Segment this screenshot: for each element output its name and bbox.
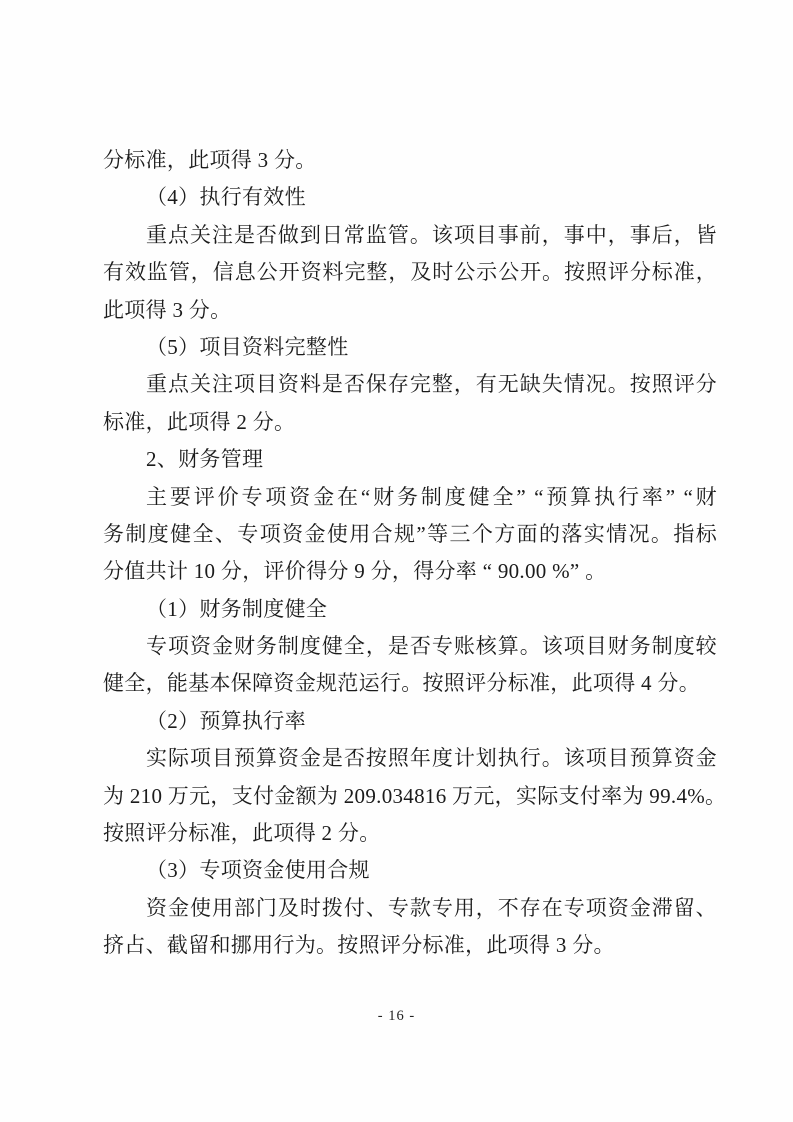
- text-line-1: 分标准，此项得 3 分。: [103, 142, 717, 179]
- text-line-7: 重点关注项目资料是否保存完整，有无缺失情况。按照评分: [103, 366, 717, 403]
- text-line-13: （1）财务制度健全: [103, 591, 717, 628]
- text-line-4: 有效监管，信息公开资料完整，及时公示公开。按照评分标准，: [103, 254, 717, 291]
- text-block: 分标准，此项得 3 分。（4）执行有效性重点关注是否做到日常监管。该项目事前，事…: [103, 142, 717, 965]
- text-line-18: 为 210 万元，支付金额为 209.034816 万元，实际支付率为 99.4…: [103, 778, 717, 815]
- text-line-16: （2）预算执行率: [103, 703, 717, 740]
- text-line-20: （3）专项资金使用合规: [103, 852, 717, 889]
- text-line-9: 2、财务管理: [103, 441, 717, 478]
- text-line-2: （4）执行有效性: [103, 179, 717, 216]
- text-line-19: 按照评分标准，此项得 2 分。: [103, 815, 717, 852]
- text-line-17: 实际项目预算资金是否按照年度计划执行。该项目预算资金: [103, 740, 717, 777]
- text-line-14: 专项资金财务制度健全，是否专账核算。该项目财务制度较: [103, 628, 717, 665]
- text-line-8: 标准，此项得 2 分。: [103, 404, 717, 441]
- text-line-10: 主要评价专项资金在“财务制度健全” “预算执行率” “财: [103, 479, 717, 516]
- text-line-15: 健全，能基本保障资金规范运行。按照评分标准，此项得 4 分。: [103, 665, 717, 702]
- text-line-22: 挤占、截留和挪用行为。按照评分标准，此项得 3 分。: [103, 927, 717, 964]
- text-line-21: 资金使用部门及时拨付、专款专用，不存在专项资金滞留、: [103, 890, 717, 927]
- text-line-11: 务制度健全、专项资金使用合规”等三个方面的落实情况。指标: [103, 516, 717, 553]
- text-line-5: 此项得 3 分。: [103, 292, 717, 329]
- text-line-12: 分值共计 10 分，评价得分 9 分，得分率 “ 90.00 %” 。: [103, 553, 717, 590]
- document-page: 分标准，此项得 3 分。（4）执行有效性重点关注是否做到日常监管。该项目事前，事…: [0, 0, 793, 1122]
- page-number: - 16 -: [0, 1008, 793, 1025]
- text-line-3: 重点关注是否做到日常监管。该项目事前，事中，事后，皆: [103, 217, 717, 254]
- text-line-6: （5）项目资料完整性: [103, 329, 717, 366]
